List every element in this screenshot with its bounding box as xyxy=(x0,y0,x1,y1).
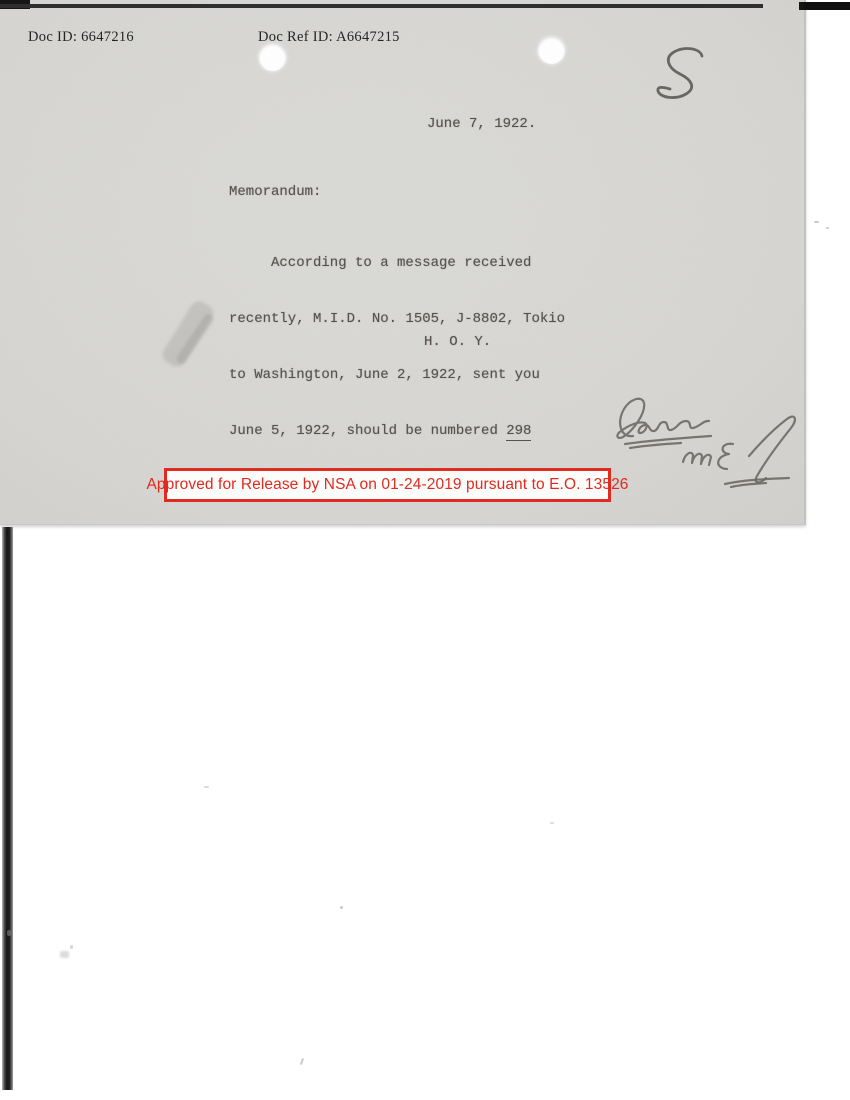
pencil-smudge xyxy=(159,298,216,370)
memo-body-line-text: June 5, 1922, should be numbered xyxy=(229,423,506,439)
scanned-document-viewer: { "page": { "doc_id": "Doc ID: 6647216",… xyxy=(0,0,850,1100)
memo-body-line: June 5, 1922, should be numbered 298 xyxy=(229,422,565,441)
memo-body-line: According to a message received xyxy=(229,254,565,273)
scanned-page: Doc ID: 6647216 Doc Ref ID: A6647215 Jun… xyxy=(0,0,806,525)
punch-hole xyxy=(538,37,565,64)
release-stamp-text: Approved for Release by NSA on 01-24-201… xyxy=(146,476,628,494)
punch-hole xyxy=(259,44,286,71)
doc-ref-id-text: Doc Ref ID: A6647215 xyxy=(258,29,400,46)
dust-speck xyxy=(814,221,819,223)
release-stamp: Approved for Release by NSA on 01-24-201… xyxy=(164,468,611,502)
dust-speck xyxy=(826,227,829,229)
memo-date: June 7, 1922. xyxy=(427,116,536,132)
scan-artifact-bar xyxy=(799,2,850,10)
dust-speck xyxy=(204,786,209,788)
underlined-number: 298 xyxy=(506,423,531,441)
dust-speck xyxy=(7,930,11,936)
dust-speck xyxy=(550,822,554,824)
handwritten-initials-stroke xyxy=(683,453,711,465)
scan-artifact-vertical-bar xyxy=(2,527,13,1090)
memo-body-line: recently, M.I.D. No. 1505, J-8802, Tokio xyxy=(229,310,565,329)
dust-speck xyxy=(300,1058,304,1065)
dust-speck xyxy=(340,906,343,909)
memo-salutation: Memorandum: xyxy=(229,184,321,200)
pencil-mark xyxy=(70,945,73,949)
memo-body-line: to Washington, June 2, 1922, sent you xyxy=(229,366,565,385)
scan-artifact-line xyxy=(0,4,763,8)
memo-signature-initials: H. O. Y. xyxy=(424,334,491,350)
pencil-mark xyxy=(60,951,69,958)
handwritten-classification-mark xyxy=(650,44,720,102)
handwritten-done-note xyxy=(603,392,813,497)
doc-id-text: Doc ID: 6647216 xyxy=(28,29,134,46)
